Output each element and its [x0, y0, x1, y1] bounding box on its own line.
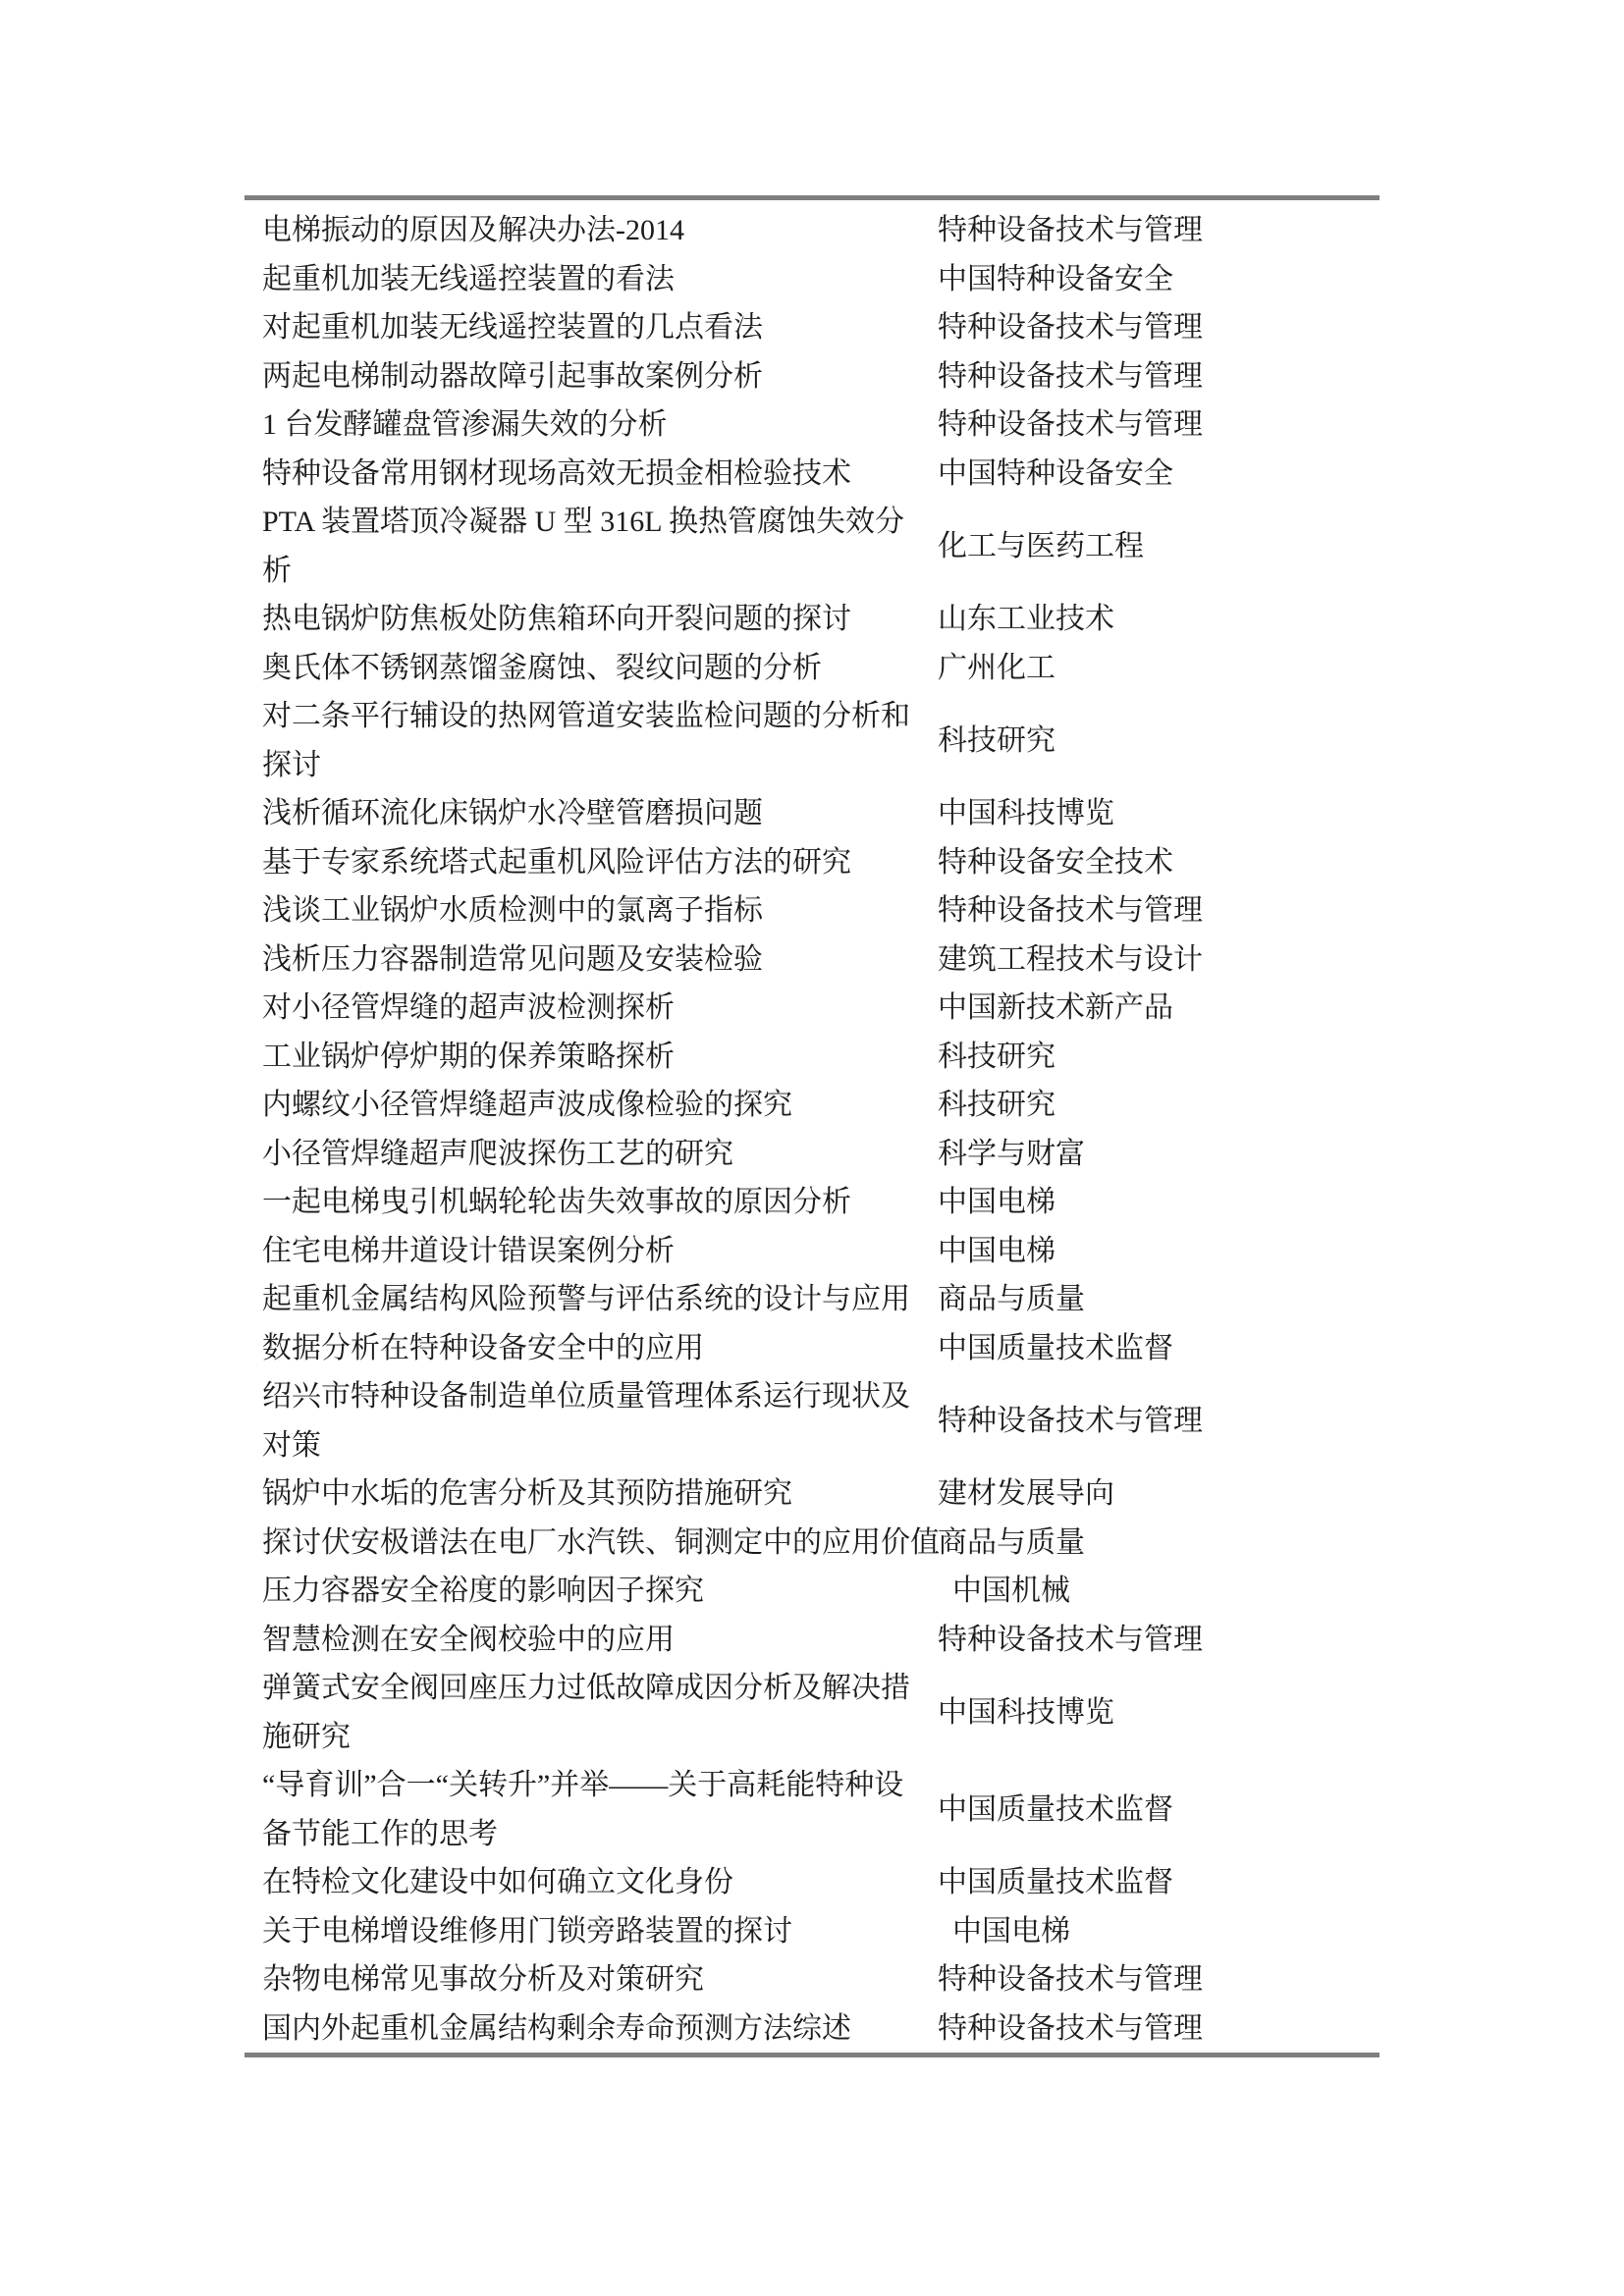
article-title: 浅析循环流化床锅炉水冷壁管磨损问题: [244, 789, 938, 838]
table-row: 基于专家系统塔式起重机风险评估方法的研究特种设备安全技术: [244, 838, 1380, 887]
journal-name: 特种设备技术与管理: [938, 206, 1380, 255]
table-row: 压力容器安全裕度的影响因子探究中国机械: [244, 1567, 1380, 1616]
article-title: 起重机金属结构风险预警与评估系统的设计与应用: [244, 1275, 938, 1324]
journal-name: 建材发展导向: [938, 1469, 1380, 1519]
journal-name-text: 特种设备技术与管理: [938, 886, 1203, 935]
article-title: 对小径管焊缝的超声波检测探析: [244, 984, 938, 1033]
article-title: 对二条平行辅设的热网管道安装监检问题的分析和 探讨: [244, 692, 938, 789]
journal-name-text: 中国科技博览: [938, 789, 1114, 838]
table-row: 锅炉中水垢的危害分析及其预防措施研究建材发展导向: [244, 1469, 1380, 1519]
journal-name: 科技研究: [938, 1081, 1380, 1130]
journal-name: 中国科技博览: [938, 789, 1380, 838]
table-row: 对二条平行辅设的热网管道安装监检问题的分析和 探讨科技研究: [244, 692, 1380, 789]
article-title: 绍兴市特种设备制造单位质量管理体系运行现状及 对策: [244, 1372, 938, 1469]
journal-name-text: 中国科技博览: [938, 1688, 1114, 1737]
journal-name-text: 特种设备技术与管理: [938, 2004, 1203, 2054]
journal-name: 中国电梯: [938, 1178, 1380, 1227]
journal-name: 特种设备技术与管理: [938, 303, 1380, 352]
journal-name-text: 中国质量技术监督: [938, 1786, 1173, 1835]
journal-name: 中国新技术新产品: [938, 984, 1380, 1033]
journal-name: 中国机械: [938, 1567, 1380, 1616]
table-row: 小径管焊缝超声爬波探伤工艺的研究科学与财富: [244, 1130, 1380, 1179]
article-title: 国内外起重机金属结构剩余寿命预测方法综述: [244, 2004, 938, 2054]
journal-name-text: 科学与财富: [938, 1130, 1085, 1179]
article-title: 弹簧式安全阀回座压力过低故障成因分析及解决措 施研究: [244, 1664, 938, 1761]
journal-name: 特种设备技术与管理: [938, 1372, 1380, 1469]
journal-name-text: 山东工业技术: [938, 595, 1114, 644]
article-title: 智慧检测在安全阀校验中的应用: [244, 1616, 938, 1665]
journal-name-text: 特种设备安全技术: [938, 838, 1173, 887]
table-row: 一起电梯曳引机蜗轮轮齿失效事故的原因分析中国电梯: [244, 1178, 1380, 1227]
journal-name-text: 中国质量技术监督: [938, 1858, 1173, 1907]
article-title: 小径管焊缝超声爬波探伤工艺的研究: [244, 1130, 938, 1179]
article-title: 住宅电梯井道设计错误案例分析: [244, 1227, 938, 1276]
article-title: 在特检文化建设中如何确立文化身份: [244, 1858, 938, 1907]
article-title: “导育训”合一“关转升”并举——关于高耗能特种设 备节能工作的思考: [244, 1761, 938, 1858]
journal-name: 特种设备技术与管理: [938, 1616, 1380, 1665]
table-row: 绍兴市特种设备制造单位质量管理体系运行现状及 对策特种设备技术与管理: [244, 1372, 1380, 1469]
journal-name: 山东工业技术: [938, 595, 1380, 644]
table-row: 内螺纹小径管焊缝超声波成像检验的探究科技研究: [244, 1081, 1380, 1130]
article-title: 关于电梯增设维修用门锁旁路装置的探讨: [244, 1907, 938, 1956]
table-row: 热电锅炉防焦板处防焦箱环向开裂问题的探讨山东工业技术: [244, 595, 1380, 644]
journal-name-text: 特种设备技术与管理: [938, 352, 1203, 401]
journal-name: 中国电梯: [938, 1227, 1380, 1276]
journal-name-text: 商品与质量: [938, 1275, 1085, 1324]
table-row: 1 台发酵罐盘管渗漏失效的分析特种设备技术与管理: [244, 400, 1380, 450]
article-title: 浅谈工业锅炉水质检测中的氯离子指标: [244, 886, 938, 935]
journal-name: 建筑工程技术与设计: [938, 935, 1380, 985]
article-title: 内螺纹小径管焊缝超声波成像检验的探究: [244, 1081, 938, 1130]
table-row: 探讨伏安极谱法在电厂水汽铁、铜测定中的应用价值商品与质量: [244, 1519, 1380, 1568]
journal-name-text: 中国电梯: [952, 1907, 1070, 1956]
table-row: 国内外起重机金属结构剩余寿命预测方法综述特种设备技术与管理: [244, 2004, 1380, 2054]
article-title: 压力容器安全裕度的影响因子探究: [244, 1567, 938, 1616]
article-title: PTA 装置塔顶冷凝器 U 型 316L 换热管腐蚀失效分 析: [244, 498, 938, 595]
journal-name: 特种设备技术与管理: [938, 886, 1380, 935]
journal-name-text: 建筑工程技术与设计: [938, 935, 1203, 985]
journal-name: 特种设备技术与管理: [938, 1955, 1380, 2004]
journal-name-text: 科技研究: [938, 1033, 1056, 1082]
article-title: 特种设备常用钢材现场高效无损金相检验技术: [244, 450, 938, 499]
table-row: 弹簧式安全阀回座压力过低故障成因分析及解决措 施研究中国科技博览: [244, 1664, 1380, 1761]
table-row: 浅谈工业锅炉水质检测中的氯离子指标特种设备技术与管理: [244, 886, 1380, 935]
article-title: 热电锅炉防焦板处防焦箱环向开裂问题的探讨: [244, 595, 938, 644]
journal-name-text: 中国特种设备安全: [938, 450, 1173, 499]
journal-name-text: 中国质量技术监督: [938, 1324, 1173, 1373]
table-rows: 电梯振动的原因及解决办法-2014特种设备技术与管理起重机加装无线遥控装置的看法…: [244, 200, 1380, 2053]
table-row: 浅析循环流化床锅炉水冷壁管磨损问题中国科技博览: [244, 789, 1380, 838]
journal-name-text: 特种设备技术与管理: [938, 400, 1203, 450]
journal-name-text: 特种设备技术与管理: [938, 1616, 1203, 1665]
journal-name-text: 建材发展导向: [938, 1469, 1114, 1519]
table-row: PTA 装置塔顶冷凝器 U 型 316L 换热管腐蚀失效分 析化工与医药工程: [244, 498, 1380, 595]
article-title: 一起电梯曳引机蜗轮轮齿失效事故的原因分析: [244, 1178, 938, 1227]
journal-name-text: 中国机械: [952, 1567, 1070, 1616]
article-title: 起重机加装无线遥控装置的看法: [244, 255, 938, 304]
article-title: 电梯振动的原因及解决办法-2014: [244, 206, 938, 255]
journal-name: 广州化工: [938, 644, 1380, 693]
journal-name: 科技研究: [938, 692, 1380, 789]
article-title: 杂物电梯常见事故分析及对策研究: [244, 1955, 938, 2004]
table-row: 奥氏体不锈钢蒸馏釜腐蚀、裂纹问题的分析广州化工: [244, 644, 1380, 693]
journal-name-text: 特种设备技术与管理: [938, 1955, 1203, 2004]
table-row: 数据分析在特种设备安全中的应用中国质量技术监督: [244, 1324, 1380, 1373]
article-title: 探讨伏安极谱法在电厂水汽铁、铜测定中的应用价值: [244, 1519, 938, 1568]
article-title: 对起重机加装无线遥控装置的几点看法: [244, 303, 938, 352]
journal-name: 科技研究: [938, 1033, 1380, 1082]
journal-name-text: 特种设备技术与管理: [938, 206, 1203, 255]
table-row: 对起重机加装无线遥控装置的几点看法特种设备技术与管理: [244, 303, 1380, 352]
table-row: 工业锅炉停炉期的保养策略探析科技研究: [244, 1033, 1380, 1082]
journal-name: 化工与医药工程: [938, 498, 1380, 595]
table-bottom-border: [244, 2053, 1380, 2057]
journal-name: 商品与质量: [938, 1519, 1380, 1568]
journal-name: 中国特种设备安全: [938, 255, 1380, 304]
table-row: 对小径管焊缝的超声波检测探析中国新技术新产品: [244, 984, 1380, 1033]
table-row: 智慧检测在安全阀校验中的应用特种设备技术与管理: [244, 1616, 1380, 1665]
journal-name: 中国科技博览: [938, 1664, 1380, 1761]
journal-name: 特种设备技术与管理: [938, 2004, 1380, 2054]
journal-name-text: 科技研究: [938, 1081, 1056, 1130]
journal-name: 科学与财富: [938, 1130, 1380, 1179]
table-row: “导育训”合一“关转升”并举——关于高耗能特种设 备节能工作的思考中国质量技术监…: [244, 1761, 1380, 1858]
journal-name: 中国质量技术监督: [938, 1761, 1380, 1858]
article-title: 两起电梯制动器故障引起事故案例分析: [244, 352, 938, 401]
journal-name-text: 中国特种设备安全: [938, 255, 1173, 304]
table-row: 住宅电梯井道设计错误案例分析中国电梯: [244, 1227, 1380, 1276]
article-title: 基于专家系统塔式起重机风险评估方法的研究: [244, 838, 938, 887]
journal-name: 特种设备技术与管理: [938, 352, 1380, 401]
journal-name-text: 中国电梯: [938, 1178, 1056, 1227]
article-title: 1 台发酵罐盘管渗漏失效的分析: [244, 400, 938, 450]
article-title: 浅析压力容器制造常见问题及安装检验: [244, 935, 938, 985]
table-row: 电梯振动的原因及解决办法-2014特种设备技术与管理: [244, 206, 1380, 255]
table-row: 杂物电梯常见事故分析及对策研究特种设备技术与管理: [244, 1955, 1380, 2004]
table-row: 特种设备常用钢材现场高效无损金相检验技术中国特种设备安全: [244, 450, 1380, 499]
table-row: 关于电梯增设维修用门锁旁路装置的探讨中国电梯: [244, 1907, 1380, 1956]
journal-name-text: 广州化工: [938, 644, 1056, 693]
journal-name-text: 商品与质量: [938, 1519, 1085, 1568]
table-row: 起重机加装无线遥控装置的看法中国特种设备安全: [244, 255, 1380, 304]
article-title: 数据分析在特种设备安全中的应用: [244, 1324, 938, 1373]
journal-name: 中国质量技术监督: [938, 1858, 1380, 1907]
article-title: 奥氏体不锈钢蒸馏釜腐蚀、裂纹问题的分析: [244, 644, 938, 693]
journal-name-text: 科技研究: [938, 717, 1056, 766]
journal-name: 商品与质量: [938, 1275, 1380, 1324]
table-row: 两起电梯制动器故障引起事故案例分析特种设备技术与管理: [244, 352, 1380, 401]
document-page: 电梯振动的原因及解决办法-2014特种设备技术与管理起重机加装无线遥控装置的看法…: [0, 0, 1624, 2296]
journal-name-text: 化工与医药工程: [938, 522, 1144, 571]
journal-name: 特种设备安全技术: [938, 838, 1380, 887]
journal-name: 特种设备技术与管理: [938, 400, 1380, 450]
articles-journal-table: 电梯振动的原因及解决办法-2014特种设备技术与管理起重机加装无线遥控装置的看法…: [244, 195, 1380, 2057]
journal-name-text: 中国新技术新产品: [938, 984, 1173, 1033]
journal-name-text: 特种设备技术与管理: [938, 1397, 1203, 1446]
article-title: 锅炉中水垢的危害分析及其预防措施研究: [244, 1469, 938, 1519]
journal-name: 中国电梯: [938, 1907, 1380, 1956]
journal-name-text: 中国电梯: [938, 1227, 1056, 1276]
journal-name: 中国质量技术监督: [938, 1324, 1380, 1373]
table-row: 在特检文化建设中如何确立文化身份中国质量技术监督: [244, 1858, 1380, 1907]
journal-name: 中国特种设备安全: [938, 450, 1380, 499]
journal-name-text: 特种设备技术与管理: [938, 303, 1203, 352]
table-row: 起重机金属结构风险预警与评估系统的设计与应用商品与质量: [244, 1275, 1380, 1324]
article-title: 工业锅炉停炉期的保养策略探析: [244, 1033, 938, 1082]
table-row: 浅析压力容器制造常见问题及安装检验建筑工程技术与设计: [244, 935, 1380, 985]
